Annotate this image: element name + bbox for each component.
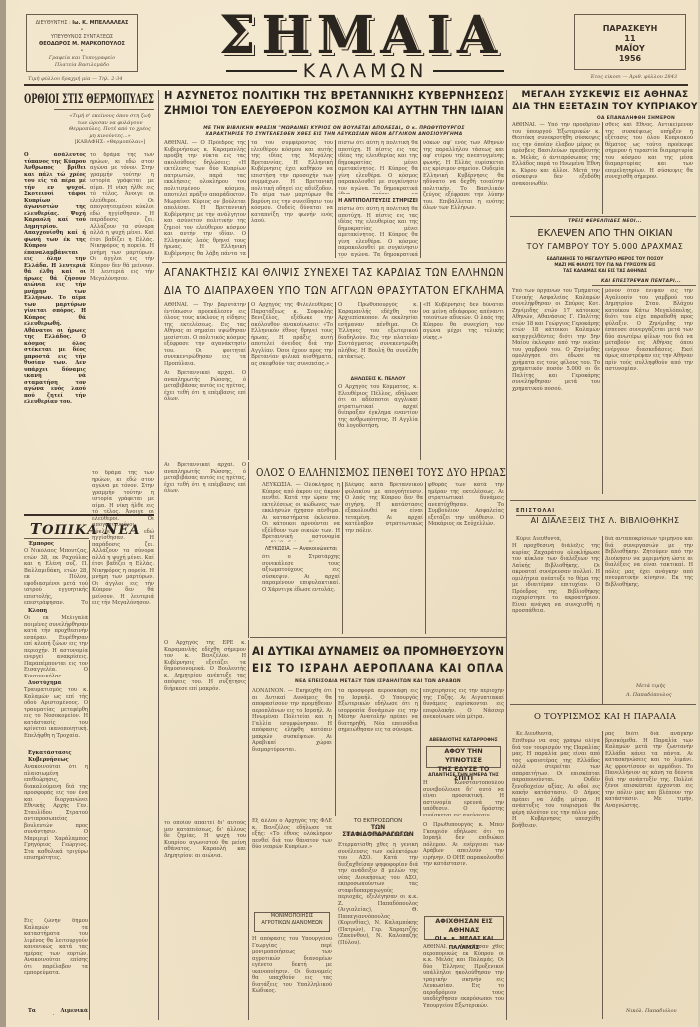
newspaper-subtitle: ΚΑΛΑΜΩΝ (303, 60, 428, 82)
headline-athens-meeting-line1: ΜΕΓΑΛΗ ΣΥΣΚΕΨΙΣ ΕΙΣ ΑΘΗΝΑΣ (512, 90, 698, 100)
subtitle-row: ΚΑΛΑΜΩΝ (220, 60, 510, 82)
day-number: 11 (575, 34, 685, 44)
editor-name: ΘΕΟΔΩΡΟΣ Μ. ΜΑΡΚΟΠΟΥΛΟΣ (27, 41, 137, 48)
theft-deck-line: ΜΑΖΙ ΜΕ ΦΙΛΟΥΣ ΤΟΥ ΓΙΑ ΝΑ ΓΥΡΙΣΟΥΝ ΕΙΣ (512, 262, 698, 268)
article-subhead: ΔΗΛΩΣΕΙΣ Κ. ΠΕΛΛΟΥ (338, 376, 418, 383)
news-item-title: Κλοπή (28, 608, 88, 615)
theft-kicker: ΚΑΙ ΕΠΕΣΤΡΕΨΑΝ ΠΕΝΤΑΡΙ... (586, 278, 696, 285)
director-label: ΔΙΕΥΘΥΝΤΗΣ : (36, 20, 71, 26)
article-column: μόνον όταν ένιψαν εις την Αγαλιοπίν του … (605, 288, 693, 493)
weekday: ΠΑΡΑΣΚΕΥΗ (575, 23, 685, 34)
office-label: Γραφεία και Τυπογραφείο (27, 55, 137, 62)
teaser-kicker: ΤΡΕΙΣ ΦΕΡΕΛΠΙΔΕΣ ΝΕΟΙ... (512, 218, 698, 225)
column-rule (158, 90, 159, 1020)
article-column: Ο Αρχηγός της Φιλελευθέρας Παρατάξεως κ.… (251, 302, 333, 458)
column-rule (602, 731, 603, 1019)
subtitle-rule-right (433, 70, 504, 72)
article-column: Ο Πρωθυπουργός κ. Καραμανλής εδέχθη τον … (338, 302, 418, 372)
article-column: ρας διότι διά ανάγκην βρισκόμεθα. Η Παρα… (605, 731, 693, 1003)
section-divider (510, 216, 696, 217)
letter-signature: Νικόλ. Παπαδιόλου (626, 1008, 677, 1014)
article-column: Ο Πρωθυπουργός κ. Μπεν Γκουριόν εδήλωσε … (423, 822, 504, 912)
article-subhead: ΑΒΕΒΑΙΟΤΗΣ ΚΑΤΑΡΡΟΦΗΣ (423, 737, 504, 744)
column-rule (342, 482, 343, 634)
letter-salutation: Κύριε Διευθυντά, (516, 536, 596, 543)
article-column: ΑΘΗΝΑΙ. — Αφίχθησαν χθες αεροπορικώς εκ … (423, 944, 504, 1016)
article-body: Ο ασάλευτος τύπανος της Κύπρου Άνθρωπος … (24, 152, 86, 468)
article-column: «Η Κυβέρνησις δεν δύναται να μείνη αδιάφ… (423, 302, 504, 458)
article-column: σθεις καί Εθνος. Αντικείμενον της συσκέψ… (605, 122, 693, 214)
article-column: Ο Αρχηγός του Κόμματος, κ. Ελευθέριος Πέ… (338, 384, 418, 458)
article-column: ΑΘΗΝΑΙ. — Υπό την προεδρίαν του ύπουργού… (512, 122, 600, 214)
masthead-rule (24, 84, 688, 86)
article-column: ΑΘΗΝΑΙ. — Ο Πρόεδρος της Κυβερνήσεως κ. … (164, 140, 246, 258)
office-address: Πλατεία Βασιλεμάδο (27, 62, 137, 69)
column-rule (602, 122, 603, 214)
subtitle-rule-left (226, 70, 297, 72)
main-kicker-line2: ΧΑΡΑΚΤΗΡΙΣΕ ΤΟ ΣΥΝΤΕΛΕΣΘΕΝ ΧΘΕΣ ΕΙΣ ΤΗΝ … (164, 131, 504, 138)
main-headline-line2: ΖΗΜΙΟΙ ΤΟΝ ΕΛΕΥΘΕΡΟΝ ΚΟΣΜΟΝ ΚΑΙ ΑΥΤΗΝ ΤΗ… (164, 103, 504, 117)
headline-thermopylae: ΟΡΘΙΟΙ ΣΤΙΣ ΘΕΡΜΟΠΥΛΕΣ (24, 92, 154, 107)
article-column: πίστω ότι αύτη η πολιτική θα αποτύχη. Η … (338, 140, 418, 194)
column-rule (335, 302, 336, 460)
news-item-body: Οι εκ Μελιγαλά ποιμένες συνελήφθησαν κατ… (24, 615, 88, 677)
article-column: Υπό των όργανων του Τμήματος Γενικής Ασφ… (512, 288, 600, 493)
bullet-separator: • (27, 27, 137, 34)
article-column: Ετερματίσθη χθες η γενική συνέλευσις των… (338, 842, 418, 1016)
section-divider (162, 262, 506, 263)
news-item-title: Εγκατάστασις Κυβερνήσεως (28, 750, 88, 764)
article-column: φθοράς των κατά την ημέραν της εκτελέσεω… (428, 482, 504, 634)
article-column: βλέψας κατά Βρεταννικού φυλακίου με απογ… (345, 482, 423, 634)
article-column: Η απόφασις του Υπουργείου Γεωργίας περί … (252, 936, 332, 1016)
date-box: ΠΑΡΑΣΚΕΥΗ 11 ΜΑΪΟΥ 1956 (574, 14, 686, 70)
letter-salutation: Κε Διευθυντά, (516, 731, 596, 738)
section-divider (250, 637, 506, 638)
column-rule (420, 688, 421, 816)
year: 1956 (575, 54, 685, 64)
newspaper-page: ΔΙΕΥΘΥΝΤΗΣ : Ιω. Κ. ΜΠΕΛΛΑΛΕΑΣ • ΥΠΕΥΘΥΝ… (6, 0, 698, 1027)
article-column: τα του συμφέροντος του ελευθέρου κόσμου … (251, 140, 333, 258)
bullet-separator: • (27, 48, 137, 55)
headline-indignation-line2: ΔΙΑ ΤΟ ΔΙΑΠΡΑΧΘΕΝ ΥΠΟ ΤΩΝ ΑΓΓΛΩΝ ΘΡΑΣΥΤΑ… (164, 284, 504, 297)
boxed-headline-hypnotized: ΑΦΟΥ ΤΗΝ ΥΠΝΟΤΙΣΕ ΤΗΣ ΕΔΥΣΕ ΤΟ ΣΠΙΤΙ (426, 746, 501, 768)
boxed-headline-line: ΑΦΟΥ ΤΗΝ ΥΠΝΟΤΙΣΕ (427, 747, 500, 765)
headline-indignation-line1: ΑΓΑΝΑΚΤΗΣΙΣ ΚΑΙ ΘΛΙΨΙΣ ΣΥΝΕΧΕΙ ΤΑΣ ΚΑΡΔΙ… (164, 266, 504, 279)
news-item-body: Τραυματισμός του κ. Καλαμών ως επί τής ο… (24, 687, 88, 747)
israel-kicker: ΝΕΑ ΕΠΕΙΣΟΔΙΑ ΜΕΤΑΞΥ ΤΩΝ ΙΣΡΑΗΛΙΤΩΝ ΚΑΙ … (252, 678, 504, 685)
column-rule (89, 540, 90, 1020)
headline-theft-line2: ΤΟΥ ΓΑΜΒΡΟΥ ΤΟΥ 5.000 ΔΡΑΧΜΑΣ (512, 242, 698, 251)
editor-info-box: ΔΙΕΥΘΥΝΤΗΣ : Ιω. Κ. ΜΠΕΛΛΑΛΕΑΣ • ΥΠΕΥΘΥΝ… (26, 14, 138, 72)
main-headline-line1: Η ΑΣΥΝΕΤΟΣ ΠΟΛΙΤΙΚΗ ΤΗΣ ΒΡΕΤΑΝΝΙΚΗΣ ΚΥΒΕ… (164, 89, 504, 102)
article-column: τα προσφορά αεροσκάφη εις το Ισραήλ. Ο Υ… (338, 688, 418, 808)
epigraph-quote: «Τιμή σ' εκείνους όπου στη ζωή των ώρισα… (66, 113, 154, 139)
newspaper-title: ΣΗΜΑΙΑ (216, 8, 506, 64)
boxed-headline-arrived: ΑΦΙΧΘΗΣΑΝ ΕΙΣ ΑΘΗΝΑΣ ΟΙ κ. κ. ΜΕΛΑΣ ΚΑΙ … (424, 916, 504, 940)
article-column: Η προχθεσινή διάλεξις της κυρίας Ζαχαράτ… (512, 543, 600, 703)
letter-signature: Λ. Παπαδόπουλος (626, 692, 672, 698)
boxed-headline-line: ΑΦΙΧΘΗΣΑΝ ΕΙΣ ΑΘΗΝΑΣ (425, 917, 503, 935)
headline-library-lectures: ΑΙ ΔΙΑΛΕΞΕΙΣ ΤΗΣ Λ. ΒΙΒΛΙΟΘΗΚΗΣ (512, 516, 698, 525)
article-column: διά ανταποκρίσεων τριμήνου και διά συνερ… (605, 536, 693, 678)
article-column: νόκων αφ' ενός των Αθηνών της παραλλήλου… (423, 140, 504, 258)
article-subhead: ΑΠΑΝΤΗΣΕ ΤΗΝ ΗΜΕΡΑ ΤΗΣ (423, 772, 504, 779)
headline-underline (54, 109, 154, 110)
headline-athens-meeting-line2: ΔΙΑ ΤΗΝ ΕΞΕΤΑΣΙΝ ΤΟΥ ΚΥΠΡΙΑΚΟΥ (512, 102, 698, 112)
section-divider (510, 500, 696, 501)
article-body-continued: το δράμα της των ηρώων, κι εδώ στον αγών… (92, 470, 154, 1018)
article-column: πίστω ότι αύτη η πολιτική θα αποτύχη. Η … (338, 206, 418, 258)
section-title-initial: Τ (30, 520, 42, 538)
director-name: Ιω. Κ. ΜΠΕΛΛΑΛΕΑΣ (72, 20, 128, 26)
article-column: ότι ο Στρατάρχης συνεκάλεσε τους αξιωματ… (262, 554, 340, 634)
column-rule (335, 140, 336, 258)
column-rule (248, 302, 249, 460)
theft-deck-line: ΕΔΑΠΑΝΗΣΕ ΤΟ ΜΕΓΑΛΥΤΕΡΟ ΜΕΡΟΣ ΤΟΥ ΠΟΣΟΥ (512, 256, 698, 262)
article-column: Εξ άλλου ο Αρχηγός της ΦΛΕ κ. Βενιζέλος … (252, 818, 332, 908)
column-rule (248, 140, 249, 258)
issue-number-line: Έτος είκοσι — Άριθ. φύλλου 2843 (590, 74, 677, 80)
article-column: ΛΕΥΚΩΣΙΑ. — Ολόκληρος η Κύπρος από άκρου… (262, 482, 340, 542)
column-rule (248, 462, 249, 638)
theft-deck-line: ΤΑΣ ΚΑΛΑΜΑΣ ΚΑΙ ΕΙΣ ΤΑΣ ΑΘΗΝΑΣ (512, 268, 698, 274)
article-column: Αι Βρεταννικαί αρχαί. Ο αναπληρωτής Ρώσσ… (164, 462, 246, 638)
article-subhead: ΛΕΥΚΩΣΙΑ. — Ανακοινώνεται (262, 546, 340, 553)
article-column: Η Κωνσταντοπούλου συνεβούλευσε δι' αυτό … (423, 780, 504, 816)
headline-tourism-beach: Ο ΤΟΥΡΙΣΜΟΣ ΚΑΙ Η ΠΑΡΑΛΙΑ (512, 712, 698, 722)
column-rule (602, 536, 603, 704)
news-item-title: Δυστύχημα (28, 680, 88, 687)
month: ΜΑΪΟΥ (575, 44, 685, 54)
news-item-title: Τα Λιμενικά Καταστήματα (28, 1008, 88, 1015)
article-column: επιχειρήσεις εις την περιοχήν της Γάζης.… (423, 688, 504, 734)
letters-label: ΕΠΙΣΤΟΛΑΙ (516, 508, 556, 515)
article-column: Αι Βρεταννικαί αρχαί. Ο αναπληρωτής Ρώσσ… (164, 370, 246, 458)
kicker-underline (592, 285, 696, 286)
price-phone-line: Τιμή φύλλου δραχμή μία — Τηλ. 2-34 (28, 76, 123, 82)
headline-israel-line2: ΕΙΣ ΤΟ ΙΣΡΑΗΛ ΑΕΡΟΠΛΑΝΑ ΚΑΙ ΟΠΛΑ (252, 661, 504, 675)
news-item-body: Εις ζώνην δήμου Καλαμών τα καταστήματα τ… (24, 918, 88, 1006)
editor-label: ΥΠΕΥΘΥΝΟΣ ΣΥΝΤΑΞΕΩΣ (27, 34, 137, 41)
column-rule (248, 640, 249, 1020)
boxed-headline-line: ΜΟΝΙΜΟΠΟΙΗΣΙΣ (255, 913, 329, 920)
news-item-body: Ανακοινούται ότι η πλαισιωμένη επιθεώρησ… (24, 764, 88, 914)
section-underline (24, 538, 89, 539)
article-column: ΛΟΝΔΙΝΟΝ. — Εκηρύχθη ότι αι Δυτικαί Δυνά… (252, 688, 332, 808)
article-column: ΑΘΗΝΑΙ. — Την βαρυτάτην έντύπωσιν προεκά… (164, 302, 246, 366)
masthead: ΔΙΕΥΘΥΝΤΗΣ : Ιω. Κ. ΜΠΕΛΛΑΛΕΑΣ • ΥΠΕΥΘΥΝ… (6, 0, 698, 88)
column-rule (506, 90, 507, 1020)
epigraph-author: [ΚΑΒΑΦΗΣ: «Θερμοπύλαι»] (66, 139, 154, 146)
article-body: το δράμα της των ηρώων, κι εδώ στον αγών… (90, 152, 154, 468)
headline-israel-line1: ΑΙ ΔΥΤΙΚΑΙ ΔΥΝΑΜΕΙΣ ΘΑ ΠΡΟΜΗΘΕΥΣΟΥΝ (252, 644, 504, 658)
column-rule (335, 688, 336, 816)
boxed-headline-line: ΑΓΡΟΤΙΚΩΝ ΔΙΑΝΟΜΕΩΝ (255, 920, 329, 927)
news-item-body: Ο Νικόλαος Μπουτζας, ετών 38, εκ Ραχούλα… (24, 548, 88, 606)
news-item-title: Έμπορος ένοικιαστής (28, 541, 88, 548)
article-column: Επιθυμώ να σας γράψω ολίγα διά τον τουρι… (512, 738, 600, 1016)
section-divider (510, 704, 696, 705)
article-subhead: ΕΙΣ ΤΟ Δ. ΣΥΜΒΟΥΛΙΟΝ ΑΣΟ (338, 832, 418, 839)
column-rule (602, 288, 603, 494)
article-column: Ο Αρχηγός της ΕΡΕ κ. Καραμανλής εδέχθη σ… (164, 640, 246, 818)
headline-hellenism-mourns: ΟΛΟΣ Ο ΕΛΛΗΝΙΣΜΟΣ ΠΕΝΘΕΙ ΤΟΥΣ ΔΥΟ ΗΡΩΑΣ (256, 466, 506, 479)
headline-theft-line1: ΕΚΛΕΨΕΝ ΑΠΟ ΤΗΝ ΟΙΚΙΑΝ (512, 228, 698, 239)
article-column: το οποίον απαιτεί δι' αυτούς μεν καταπιέ… (164, 820, 246, 1015)
column-rule (420, 140, 421, 258)
article-subhead: Η ΑΝΤΙΠΟΛΙΤΕΥΣΙΣ ΣΤΗΡΙΖΕΙ (338, 198, 418, 205)
column-rule (425, 482, 426, 634)
boxed-headline-rural-distributors: ΜΟΝΙΜΟΠΟΙΗΣΙΣ ΑΓΡΟΤΙΚΩΝ ΔΙΑΝΟΜΕΩΝ (254, 912, 330, 932)
athens-meeting-kicker: ΟΑ ΕΠΑΝΑΛΗΦΘΗ ΣΗΜΕΡΟΝ (576, 115, 696, 122)
column-rule (420, 302, 421, 460)
letter-closing: Μετά τιμής (636, 683, 665, 689)
